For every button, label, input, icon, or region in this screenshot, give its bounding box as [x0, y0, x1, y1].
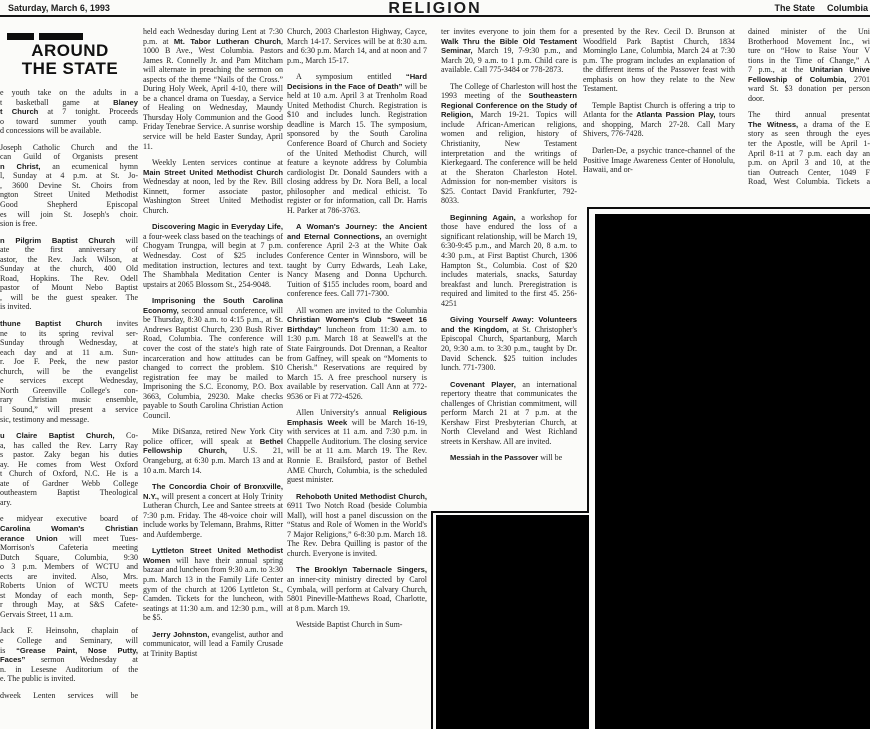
news-line: 7 p.m., at the Unitarian Unive: [748, 65, 870, 75]
paper-name: The State: [774, 3, 815, 13]
news-paragraph: Allen University's annual Religious Emph…: [287, 408, 427, 484]
news-paragraph: Jerry Johnston, evangelist, author and c…: [143, 630, 283, 659]
body-text: Wednesday at noon, led by the Rev. Bill …: [143, 177, 283, 215]
news-paragraph: Mike DiSanza, retired New York City poli…: [143, 427, 283, 475]
around-the-state-bar-icon: [7, 33, 34, 40]
news-paragraph: Discovering Magic in Everyday Life, a fo…: [143, 222, 283, 289]
photo-small-fill: [436, 515, 589, 729]
news-line: ate of Gardner Webb College: [0, 479, 138, 489]
news-line: l, Sunday at 4 p.m. at St. Jo-: [0, 171, 138, 181]
news-paragraph: dained minister of the UniBrotherhood Mo…: [748, 27, 870, 103]
news-paragraph: dweek Lenten services will be: [0, 691, 138, 701]
news-paragraph: held each Wednesday during Lent at 7:30 …: [143, 27, 283, 151]
news-line: April 8-11 at 7 p.m. each day an: [748, 149, 870, 159]
news-line: Morrison's Cafeteria meeting: [0, 543, 138, 553]
news-paragraph: The College of Charleston will host the …: [441, 82, 577, 206]
bold-lead-text: Discovering Magic in Everyday Life,: [152, 222, 283, 231]
news-paragraph: Imprisoning the South Carolina Economy, …: [143, 296, 283, 420]
news-line: rary Christian music ensemble,: [0, 395, 138, 405]
news-paragraph: The Brooklyn Tabernacle Singers, an inne…: [287, 565, 427, 613]
news-line: u Claire Baptist Church, Co-: [0, 431, 138, 441]
bold-lead-text: Mt. Tabor Lutheran Church: [174, 37, 281, 46]
bold-lead-text: Main Street United Methodist Church: [143, 168, 283, 177]
news-line: e services except Wednesday,: [0, 376, 138, 386]
news-line: Roberts Union of WCTU meets: [0, 581, 138, 591]
body-text: will be held at 10 a.m. April 3 at Trenh…: [287, 82, 427, 215]
body-text: at 7 tonight. Proceeds: [38, 107, 138, 116]
news-paragraph: Westside Baptist Church in Sum-: [287, 620, 427, 630]
news-line: tions in the Time of Change,” A: [748, 56, 870, 66]
news-paragraph: Lyttleton Street United Methodist Women …: [143, 546, 283, 622]
body-text: Co-: [115, 431, 138, 440]
news-column-2: held each Wednesday during Lent at 7:30 …: [143, 27, 283, 729]
news-line: Dutch Square, Columbia, 9:30: [0, 553, 138, 563]
news-line: outheastern Baptist Theological: [0, 488, 138, 498]
bold-lead-text: thune Baptist Church: [0, 319, 102, 328]
news-line: sion is free.: [0, 219, 138, 229]
news-line: Sunday at the church, 400 Old: [0, 264, 138, 274]
news-line: ate the first anniversary of: [0, 245, 138, 255]
news-paragraph: e midyear executive board ofCarolina Wom…: [0, 514, 138, 619]
news-paragraph: All women are invited to the Columbia Ch…: [287, 306, 427, 401]
news-line: dweek Lenten services will be: [0, 691, 138, 701]
news-paragraph: Weekly Lenten services continue at Main …: [143, 158, 283, 215]
body-text: Church, 2003 Charleston Highway, Cayce, …: [287, 27, 427, 65]
news-line: st Monday of each month, Sep-: [0, 591, 138, 601]
news-line: n Christ, an ecumenical hymn: [0, 162, 138, 172]
news-paragraph: A symposium entitled “Hard Decisions in …: [287, 72, 427, 215]
news-line: can Guild of Organists present: [0, 152, 138, 162]
body-text: an inner-city ministry directed by Carol…: [287, 575, 427, 613]
bold-lead-text: Jerry Johnston,: [152, 630, 209, 639]
news-paragraph: Giving Yourself Away: Volunteers and the…: [441, 315, 577, 372]
bold-lead-text: t Church: [0, 107, 38, 116]
news-paragraph: Messiah in the Passover will be: [441, 453, 577, 463]
bold-lead-text: The Brooklyn Tabernacle Singers,: [296, 565, 427, 574]
news-paragraph: Beginning Again, a workshop for those ha…: [441, 213, 577, 308]
bold-lead-text: Fellowship of Columbia,: [748, 75, 846, 84]
news-paragraph: A Woman's Journey: the Ancient and Etern…: [287, 222, 427, 298]
body-text: a drama of the E: [798, 120, 870, 129]
news-line: ects are invited. Also, Mrs.: [0, 572, 138, 582]
news-line: o toward summer youth camp.: [0, 117, 138, 127]
news-paragraph: ter invites everyone to join them for a …: [441, 27, 577, 75]
body-text: will be March 16-19, with services at 11…: [287, 418, 427, 484]
news-line: Joseph Catholic Church and the: [0, 143, 138, 153]
news-line: Jack F. Heinsohn, chaplain of: [0, 626, 138, 636]
body-text: second annual conference, will be Thursd…: [143, 306, 283, 420]
news-line: a, has called the Rev. Larry Ray: [0, 441, 138, 451]
news-paragraph: Rehoboth United Methodist Church, 6911 T…: [287, 492, 427, 559]
body-text: will meet Tues-: [58, 534, 138, 543]
body-text: Darlen-De, a psychic trance-channel of t…: [583, 146, 735, 174]
news-line: story as seen through the eyes: [748, 129, 870, 139]
news-line: p.m. on April 3 and 10, at the: [748, 158, 870, 168]
news-line: each day and at 11 a.m. Sun-: [0, 348, 138, 358]
news-line: Road, West Columbia. Tickets a: [748, 177, 870, 187]
news-line: t Church at 7 tonight. Proceeds: [0, 107, 138, 117]
around-the-state-title: AROUND THE STATE: [0, 42, 140, 78]
body-text: an ecumenical hymn: [41, 162, 138, 171]
news-line: l Sound,” will present a service: [0, 405, 138, 415]
bold-lead-text: Unitarian Unive: [810, 65, 870, 74]
news-line: The Witness, a drama of the E: [748, 120, 870, 130]
news-line: Sunday through Wednesday, at: [0, 338, 138, 348]
masthead-rule: [0, 15, 870, 17]
photo-large: [587, 207, 870, 729]
news-line: t basketball game at Blaney: [0, 98, 138, 108]
bold-lead-text: The Witness,: [748, 120, 798, 129]
news-line: Gervais Street, 11 a.m.: [0, 610, 138, 620]
body-text: Weekly Lenten services continue at: [152, 158, 283, 167]
news-column-6: dained minister of the UniBrotherhood Mo…: [748, 27, 870, 212]
news-line: ture on “How to Raise Your V: [748, 46, 870, 56]
news-column-1: e youth take on the adults in at basketb…: [0, 88, 138, 728]
body-text: will have their annual spring bazaar and…: [143, 556, 283, 622]
news-line: North Greenville College's con-: [0, 386, 138, 396]
body-text: will be: [538, 453, 562, 462]
body-text: is: [0, 646, 16, 655]
bold-lead-text: Messiah in the Passover: [450, 453, 538, 462]
bold-lead-text: n Pilgrim Baptist Church: [0, 236, 115, 245]
bold-lead-text: Beginning Again,: [450, 213, 516, 222]
news-paragraph: Temple Baptist Church is offering a trip…: [583, 101, 735, 139]
news-paragraph: thune Baptist Church invitesne to its sp…: [0, 319, 138, 424]
body-text: March 19-21. Topics will include African…: [441, 110, 577, 205]
bold-lead-text: erance Union: [0, 534, 58, 543]
bold-lead-text: Rehoboth United Methodist Church,: [296, 492, 427, 501]
bold-lead-text: Atlanta Passion Play,: [636, 110, 715, 119]
news-line: o 3 p.m. Members of WCTU and: [0, 562, 138, 572]
bold-lead-text: “Grease Paint, Nose Putty,: [16, 646, 138, 655]
news-line: d concessions will be available.: [0, 126, 138, 136]
body-text: 7 p.m., at the: [748, 65, 810, 74]
news-column-3: Church, 2003 Charleston Highway, Cayce, …: [287, 27, 427, 729]
news-line: is “Grease Paint, Nose Putty,: [0, 646, 138, 656]
body-text: will: [115, 236, 138, 245]
body-text: a four-week class based on the teachings…: [143, 232, 283, 289]
news-paragraph: presented by the Rev. Cecil D. Brunson a…: [583, 27, 735, 94]
around-the-state-line2: THE STATE: [0, 60, 140, 78]
news-line: e College and Seminary, will: [0, 636, 138, 646]
news-line: n Pilgrim Baptist Church will: [0, 236, 138, 246]
news-line: Faces” sermon Wednesday at: [0, 655, 138, 665]
masthead-paper: The StateColumbia: [774, 3, 868, 13]
news-line: erance Union will meet Tues-: [0, 534, 138, 544]
photo-large-fill: [595, 214, 870, 729]
news-paragraph: Darlen-De, a psychic trance-channel of t…: [583, 146, 735, 175]
news-paragraph: u Claire Baptist Church, Co-a, has calle…: [0, 431, 138, 507]
news-line: es will join St. Joseph's choir.: [0, 210, 138, 220]
news-line: ne to its spring revival ser-: [0, 329, 138, 339]
body-text: 6911 Two Notch Road (beside Columbia Mal…: [287, 501, 427, 558]
news-line: thune Baptist Church invites: [0, 319, 138, 329]
newspaper-page: Saturday, March 6, 1993 RELIGION The Sta…: [0, 0, 870, 729]
news-paragraph: e youth take on the adults in at basketb…: [0, 88, 138, 136]
news-line: Road, Hopkins. The Rev. Odell: [0, 274, 138, 284]
bold-lead-text: Covenant Player,: [450, 380, 516, 389]
news-line: n. in Lesesne Auditorium of the: [0, 665, 138, 675]
bold-lead-text: u Claire Baptist Church,: [0, 431, 115, 440]
news-line: Good Shepherd Episcopal: [0, 200, 138, 210]
news-line: Brotherhood Movement Inc., wi: [748, 37, 870, 47]
news-line: astor, the Rev. Jack Wilson, at: [0, 255, 138, 265]
body-text: luncheon from 11:30 a.m. to 1:30 p.m. Ma…: [287, 325, 427, 401]
news-line: church, will be the evangelist: [0, 367, 138, 377]
body-text: sermon Wednesday at: [25, 655, 138, 664]
body-text: will present a concert at Holy Trinity L…: [143, 492, 283, 539]
news-line: dained minister of the Uni: [748, 27, 870, 37]
bold-lead-text: Christian Women's Club: [287, 315, 382, 324]
bold-lead-text: Blaney: [113, 98, 138, 107]
news-paragraph: Church, 2003 Charleston Highway, Cayce, …: [287, 27, 427, 65]
news-line: ary.: [0, 498, 138, 508]
around-the-state-bar-icon: [39, 33, 83, 40]
body-text: an international repertory theatre that …: [441, 380, 577, 446]
news-line: ay. He comes from West Oxford: [0, 460, 138, 470]
bold-lead-text: Faces”: [0, 655, 25, 664]
news-line: e. The public is invited.: [0, 674, 138, 684]
news-paragraph: The third annual presentatThe Witness, a…: [748, 110, 870, 186]
news-line: t Church of Oxford, N.C. He is a: [0, 469, 138, 479]
news-paragraph: Jack F. Heinsohn, chaplain ofe College a…: [0, 626, 138, 683]
news-line: r through May, at S&S Cafete-: [0, 600, 138, 610]
news-line: Fellowship of Columbia, 2701: [748, 75, 870, 85]
news-column-5: presented by the Rev. Cecil D. Brunson a…: [583, 27, 735, 212]
news-line: ngton Street United Methodist: [0, 190, 138, 200]
body-text: Westside Baptist Church in Sum-: [296, 620, 402, 629]
news-line: e youth take on the adults in a: [0, 88, 138, 98]
body-text: Allen University's annual: [296, 408, 393, 417]
body-text: presented by the Rev. Cecil D. Brunson a…: [583, 27, 735, 93]
news-line: The third annual presentat: [748, 110, 870, 120]
news-paragraph: Covenant Player, an international repert…: [441, 380, 577, 447]
news-line: pastor of Mount Nebo Baptist: [0, 283, 138, 293]
news-line: , will be the guest speaker. The: [0, 293, 138, 303]
news-line: ter the Apostle, will be April 1-: [748, 139, 870, 149]
news-line: is invited.: [0, 302, 138, 312]
photo-small: [431, 511, 589, 729]
news-line: s pastor. Zaky began his duties: [0, 450, 138, 460]
news-line: Carolina Woman's Christian: [0, 524, 138, 534]
around-the-state-line1: AROUND: [0, 42, 140, 60]
paper-city: Columbia: [827, 3, 868, 13]
news-line: e midyear executive board of: [0, 514, 138, 524]
news-paragraph: n Pilgrim Baptist Church willate the fir…: [0, 236, 138, 312]
news-line: r. Joe F. Peek, the new pastor: [0, 357, 138, 367]
body-text: All women are invited to the Columbia: [296, 306, 427, 315]
body-text: t basketball game at: [0, 98, 113, 107]
body-text: an overnight conference April 2-3 at the…: [287, 232, 427, 298]
news-line: door.: [748, 94, 870, 104]
news-paragraph: Joseph Catholic Church and thecan Guild …: [0, 143, 138, 229]
news-line: ward St. $3 donation per person: [748, 84, 870, 94]
body-text: 2701: [846, 75, 870, 84]
news-paragraph: The Concordia Choir of Bronxville, N.Y.,…: [143, 482, 283, 539]
body-text: invites: [102, 319, 138, 328]
news-line: sic, testimony and message.: [0, 415, 138, 425]
body-text: A symposium entitled: [296, 72, 406, 81]
body-text: a workshop for those have endured the lo…: [441, 213, 577, 308]
body-text: , 1000 B Ave., West Columbia. Pastors Ja…: [143, 37, 283, 151]
news-line: tian Outreach Center, 1049 F: [748, 168, 870, 178]
bold-lead-text: n Christ,: [0, 162, 41, 171]
body-text: ter invites everyone to join them for a: [441, 27, 577, 36]
news-line: , 3600 Devine St. Choirs from: [0, 181, 138, 191]
bold-lead-text: Carolina Woman's Christian: [0, 524, 138, 533]
